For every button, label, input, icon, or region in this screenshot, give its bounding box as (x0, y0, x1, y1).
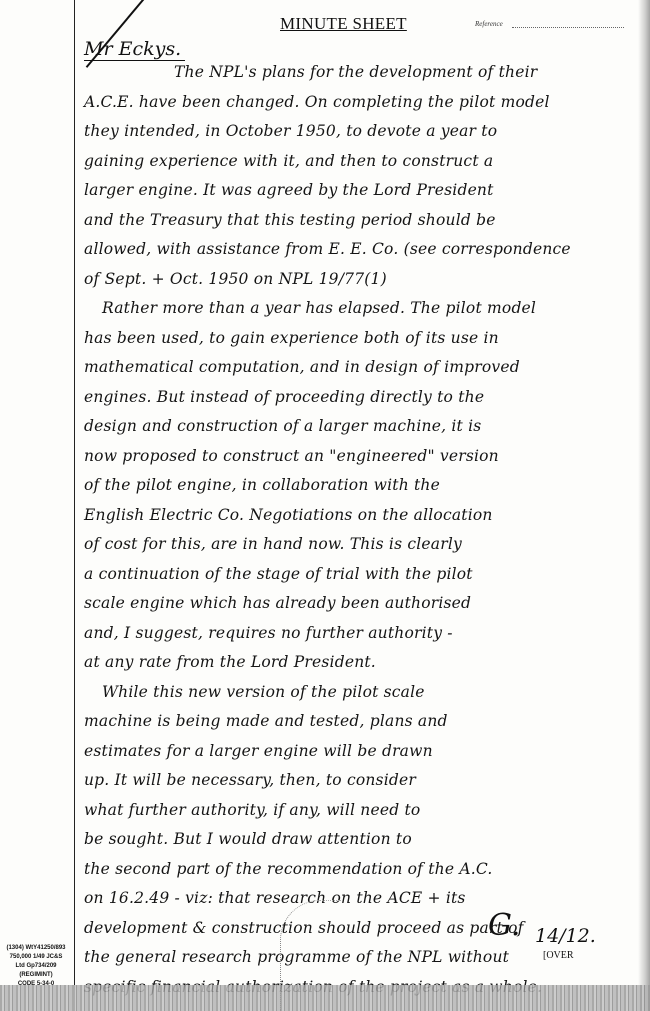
minute-line: and, I suggest, requires no further auth… (84, 619, 640, 649)
over-marker: [OVER (543, 950, 574, 961)
minute-line: be sought. But I would draw attention to (84, 825, 640, 855)
printer-imprint: (1304) WtY41250/893 750,000 1/49 JC&S Lt… (0, 944, 72, 989)
minute-sheet-page: MINUTE SHEET Reference Mr Eckys. The NPL… (0, 0, 650, 1011)
margin-rule (74, 0, 75, 1011)
page-bottom-edge (0, 985, 650, 1011)
minute-line: what further authority, if any, will nee… (84, 796, 640, 826)
minute-line: design and construction of a larger mach… (84, 412, 640, 442)
minute-line: up. It will be necessary, then, to consi… (84, 766, 640, 796)
minute-line: gaining experience with it, and then to … (84, 147, 640, 177)
minute-line: they intended, in October 1950, to devot… (84, 117, 640, 147)
minute-line: scale engine which has already been auth… (84, 589, 640, 619)
minute-line: the second part of the recommendation of… (84, 855, 640, 885)
minute-line: has been used, to gain experience both o… (84, 324, 640, 354)
imprint-line: 750,000 1/49 JC&S (0, 953, 72, 962)
handwritten-minute: The NPL's plans for the development of t… (84, 58, 640, 1002)
document-title: MINUTE SHEET (280, 14, 407, 34)
minute-line: now proposed to construct an "engineered… (84, 442, 640, 472)
minute-line: larger engine. It was agreed by the Lord… (84, 176, 640, 206)
imprint-line: Ltd Gp734/209 (0, 962, 72, 971)
imprint-line: (1304) WtY41250/893 (0, 944, 72, 953)
minute-line: estimates for a larger engine will be dr… (84, 737, 640, 767)
minute-line: Rather more than a year has elapsed. The… (84, 294, 640, 324)
minute-line: English Electric Co. Negotiations on the… (84, 501, 640, 531)
minute-line: The NPL's plans for the development of t… (84, 58, 640, 88)
minute-line: a continuation of the stage of trial wit… (84, 560, 640, 590)
imprint-line: (REGIMINT) (0, 971, 72, 980)
minute-line: A.C.E. have been changed. On completing … (84, 88, 640, 118)
minute-line: at any rate from the Lord President. (84, 648, 640, 678)
minute-line: of the pilot engine, in collaboration wi… (84, 471, 640, 501)
minute-line: While this new version of the pilot scal… (84, 678, 640, 708)
minute-line: allowed, with assistance from E. E. Co. … (84, 235, 640, 265)
reference-field-line (512, 27, 624, 28)
minute-line: and the Treasury that this testing perio… (84, 206, 640, 236)
minute-line: of Sept. + Oct. 1950 on NPL 19/77(1) (84, 265, 640, 295)
minute-line: of cost for this, are in hand now. This … (84, 530, 640, 560)
minute-line: on 16.2.49 - viz: that research on the A… (84, 884, 640, 914)
signature-initials: G. (488, 908, 520, 943)
minute-line: machine is being made and tested, plans … (84, 707, 640, 737)
reference-label: Reference (475, 20, 503, 28)
minute-line: engines. But instead of proceeding direc… (84, 383, 640, 413)
minute-line: mathematical computation, and in design … (84, 353, 640, 383)
signature-date: 14/12. (535, 925, 596, 947)
